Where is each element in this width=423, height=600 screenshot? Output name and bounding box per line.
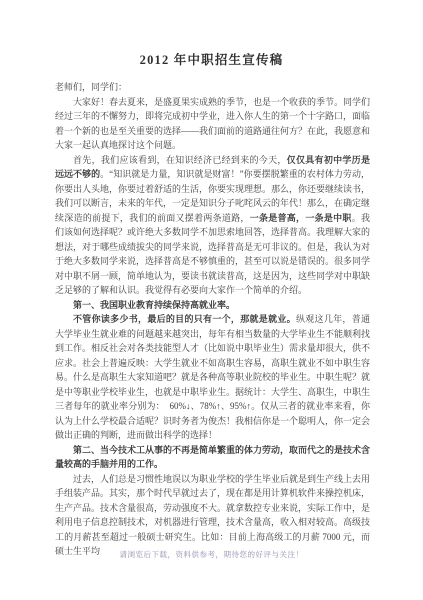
text-run: 。我们该如何选择呢？或许绝大多数同学不加思索地回答，选择普高。我理解大家的想法，… [55,213,370,296]
text-run: 纵观这几年，普通大学毕业生就业难的问题越来越突出，每年有相当数量的大学毕业生不能… [55,314,370,440]
text-run: 老师们，同学们： [55,82,127,92]
download-note: 请浏览后下载，资料供参考，期待您的好评与关注！ [0,549,423,560]
paragraph: 老师们，同学们： [55,80,370,95]
section-heading: 第二、当今技术工从事的不再是简单繁重的体力劳动，取而代之的是技术含量较高的手脑并… [55,443,370,472]
emphasis-text: 一条是普高，一条是中职 [250,213,352,223]
paragraph: 过去，人们总是习惯性地误以为职业学校的学生毕业后就是到生产线上去用手组装产品。其… [55,472,370,559]
document-title: 2012 年中职招生宣传稿 [0,50,423,68]
paragraph: 大家好！春去夏来，是盛夏果实成熟的季节，也是一个收获的季节。同学们经过三年的不懈… [55,95,370,153]
paragraph: 首先，我们应该看到，在知识经济已经到来的今天，仅仅具有初中学历是远远不够的。“知… [55,153,370,298]
document-body: 老师们，同学们：大家好！春去夏来，是盛夏果实成熟的季节，也是一个收获的季节。同学… [55,80,370,559]
section-heading: 第一、我国职业教育持续保持高就业率。 [55,298,370,313]
emphasis-text: 第一、我国职业教育持续保持高就业率。 [73,300,235,310]
paragraph: 不管你读多少书，最后的目的只有一个，那就是就业。纵观这几年，普通大学毕业生就业难… [55,312,370,443]
document-page: 2012 年中职招生宣传稿 老师们，同学们：大家好！春去夏来，是盛夏果实成熟的季… [0,0,423,600]
text-run: 首先，我们应该看到，在知识经济已经到来的今天， [73,155,287,165]
text-run: 大家好！春去夏来，是盛夏果实成熟的季节，也是一个收获的季节。同学们经过三年的不懈… [55,97,370,151]
text-run: 过去，人们总是习惯性地误以为职业学校的学生毕业后就是到生产线上去用手组装产品。其… [55,474,370,557]
emphasis-text: 第二、当今技术工从事的不再是简单繁重的体力劳动，取而代之的是技术含量较高的手脑并… [55,445,370,470]
emphasis-text: 不管你读多少书，最后的目的只有一个，那就是就业。 [73,314,296,324]
